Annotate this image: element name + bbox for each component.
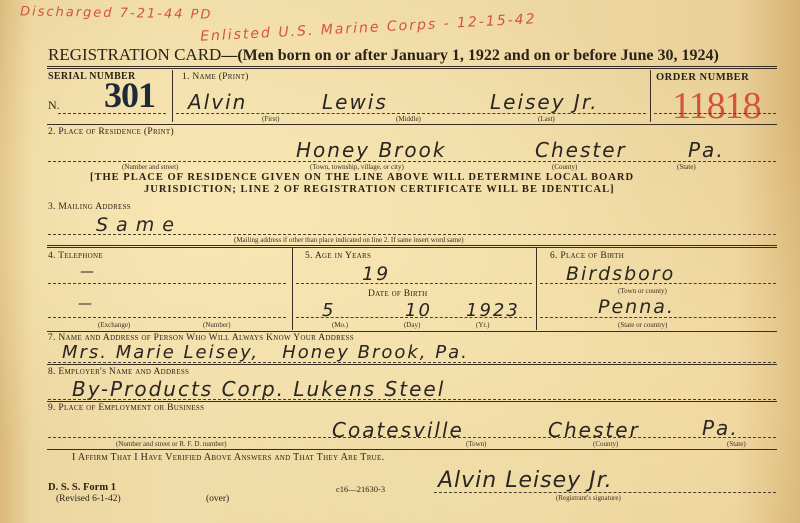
- employment-county: Chester: [548, 418, 640, 442]
- card-header: REGISTRATION CARD—(Men born on or after …: [48, 45, 719, 65]
- affirmation-text: I Affirm That I Have Verified Above Answ…: [72, 452, 384, 463]
- name-last: Leisey Jr.: [490, 90, 599, 114]
- employment-state-caption: (State): [727, 440, 746, 448]
- name-first: Alvin: [188, 90, 247, 114]
- residence-state: Pa.: [688, 138, 725, 162]
- serial-line: [58, 113, 166, 114]
- divider: [536, 248, 537, 330]
- divider: [172, 70, 173, 122]
- telephone-line2: [48, 317, 286, 318]
- birthplace-town-caption: (Town or county): [618, 287, 667, 295]
- mailing-address-label: 3. Mailing Address: [48, 202, 131, 212]
- residence-town-caption: (Town, township, village, or city): [310, 163, 404, 171]
- residence-notice-line1: [THE PLACE OF RESIDENCE GIVEN ON THE LIN…: [90, 172, 634, 183]
- divider: [650, 70, 651, 122]
- form-number: D. S. S. Form 1: [48, 482, 116, 493]
- contact-value: Mrs. Marie Leisey, Honey Brook, Pa.: [62, 342, 469, 363]
- discharge-annotation: Discharged 7-21-44 PD: [20, 4, 213, 22]
- dob-year-caption: (Yr.): [476, 321, 489, 329]
- employment-line: [48, 437, 776, 438]
- telephone-number-value: —: [78, 296, 94, 312]
- serial-number-value: 301: [104, 74, 155, 116]
- telephone-label: 4. Telephone: [48, 251, 103, 261]
- name-line: [176, 113, 646, 114]
- enlistment-annotation: Enlisted U.S. Marine Corps - 12-15-42: [200, 11, 537, 45]
- divider: [292, 248, 293, 330]
- over-note: (over): [206, 494, 229, 504]
- page-title: REGISTRATION CARD: [48, 45, 221, 64]
- telephone-exchange-value: —: [80, 264, 96, 280]
- dob-label: Date of Birth: [368, 289, 428, 299]
- employment-place-label: 9. Place of Employment or Business: [48, 403, 204, 413]
- signature-line: [434, 492, 776, 493]
- contact-line: [48, 362, 776, 363]
- dob-line: [296, 317, 532, 318]
- residence-state-caption: (State): [677, 163, 696, 171]
- residence-label: 2. Place of Residence (Print): [48, 127, 174, 137]
- employment-town-caption: (Town): [466, 440, 487, 448]
- mailing-address-value: Same: [96, 214, 182, 236]
- employer-line: [48, 399, 776, 400]
- employer-label: 8. Employer's Name and Address: [48, 367, 189, 377]
- order-number-label: ORDER NUMBER: [656, 72, 749, 83]
- birthplace-line2: [540, 317, 776, 318]
- print-code: c16—21630-3: [336, 484, 385, 494]
- registration-card: Discharged 7-21-44 PD Enlisted U.S. Mari…: [0, 0, 800, 523]
- name-label: 1. Name (Print): [182, 72, 249, 82]
- birthplace-state-caption: (State or country): [618, 321, 667, 329]
- age-label: 5. Age in Years: [305, 251, 371, 261]
- birthplace-line1: [540, 283, 776, 284]
- residence-county-caption: (County): [552, 163, 577, 171]
- residence-line: [48, 161, 776, 162]
- mailing-line: [48, 234, 776, 235]
- serial-prefix: N.: [48, 98, 60, 113]
- order-number-value: 11818: [672, 84, 761, 128]
- card-subtitle: —(Men born on or after January 1, 1922 a…: [221, 47, 718, 64]
- order-line: [654, 113, 776, 114]
- mailing-caption: (Mailing address if other than place ind…: [234, 236, 464, 244]
- age-line: [296, 283, 532, 284]
- header-divider: [47, 66, 777, 69]
- birthplace-label: 6. Place of Birth: [550, 251, 624, 261]
- signature-caption: (Registrant's signature): [556, 494, 621, 502]
- residence-county: Chester: [535, 138, 627, 162]
- employment-county-caption: (County): [593, 440, 618, 448]
- name-first-caption: (First): [262, 115, 280, 123]
- divider: [47, 364, 777, 365]
- employment-town: Coatesville: [332, 418, 464, 442]
- telephone-line1: [48, 283, 286, 284]
- telephone-exchange-caption: (Exchange): [98, 321, 130, 329]
- name-last-caption: (Last): [538, 115, 555, 123]
- residence-street-caption: (Number and street): [122, 163, 178, 171]
- birthplace-town: Birdsboro: [566, 263, 675, 285]
- dob-month-caption: (Mo.): [332, 321, 348, 329]
- divider: [47, 449, 777, 450]
- birthplace-state: Penna.: [598, 296, 675, 318]
- form-revised: (Revised 6-1-42): [56, 494, 121, 504]
- employer-value: By-Products Corp. Lukens Steel: [72, 377, 445, 401]
- registrant-signature: Alvin Leisey Jr.: [438, 468, 613, 493]
- name-middle-caption: (Middle): [396, 115, 421, 123]
- divider: [47, 124, 777, 125]
- divider: [47, 401, 777, 402]
- divider: [47, 245, 777, 248]
- employment-street-caption: (Number and street or R. F. D. number): [116, 440, 227, 448]
- dob-day-caption: (Day): [404, 321, 420, 329]
- residence-notice-line2: JURISDICTION; LINE 2 OF REGISTRATION CER…: [144, 184, 615, 195]
- name-middle: Lewis: [322, 90, 388, 114]
- residence-town: Honey Brook: [296, 138, 446, 162]
- age-value: 19: [362, 263, 390, 285]
- telephone-number-caption: (Number): [203, 321, 231, 329]
- divider: [47, 331, 777, 332]
